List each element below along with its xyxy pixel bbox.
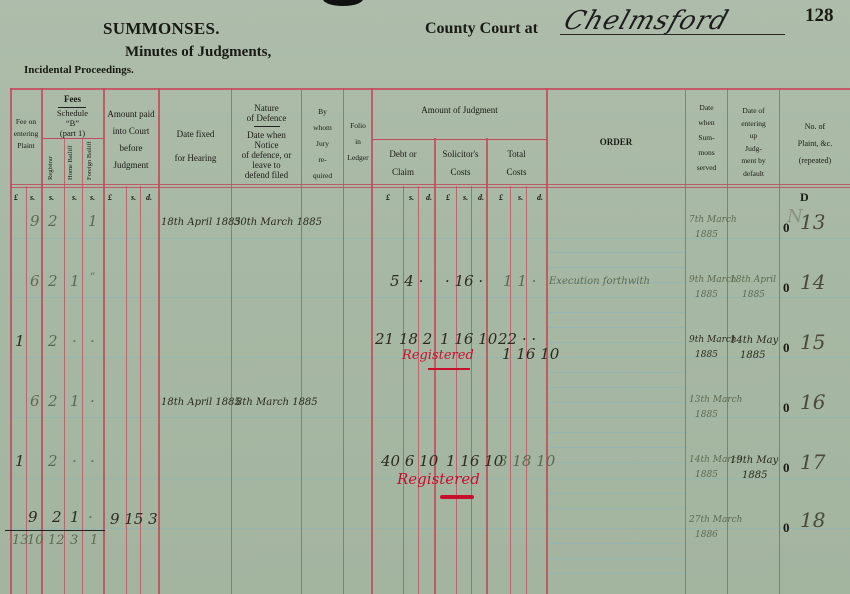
ruled-line bbox=[548, 312, 685, 313]
unit-label: s. bbox=[518, 193, 523, 202]
fee-value: 6 bbox=[30, 272, 40, 290]
amount-paid: 9 15 3 bbox=[110, 510, 158, 528]
default-date: 19th May bbox=[730, 455, 778, 466]
ruled-line bbox=[548, 327, 685, 328]
notice-date: 30th March 1885 bbox=[234, 217, 322, 228]
default-date: 18th April bbox=[730, 275, 776, 285]
debt-amount: 5 4 · bbox=[390, 272, 423, 290]
fee-value: 1 bbox=[15, 452, 25, 470]
total-costs: 1 1 · bbox=[503, 272, 536, 290]
unit-label: s. bbox=[131, 193, 136, 202]
ruled-line bbox=[548, 447, 685, 448]
header-foreign-bailiff: Foreign Bailiff bbox=[86, 141, 93, 180]
column-rule bbox=[126, 186, 127, 594]
ruled-line bbox=[548, 252, 685, 253]
ruled-line bbox=[10, 238, 850, 239]
ink-blot bbox=[323, 0, 363, 6]
ruled-line bbox=[548, 432, 685, 433]
header-amount-judgment: Amount of Judgment bbox=[372, 104, 547, 116]
solicitor-costs: · 16 · bbox=[445, 272, 483, 290]
column-rule bbox=[471, 186, 472, 594]
header-date-default: Date ofenteringupJudg-ment bydefault bbox=[728, 105, 779, 180]
header-date-served: DatewhenSum-monsserved bbox=[686, 100, 727, 175]
registered-underline bbox=[440, 495, 474, 499]
judgment-subdivider bbox=[373, 139, 547, 140]
header-fees: Fees bbox=[42, 93, 103, 105]
registered-stamp: Registered bbox=[402, 348, 474, 363]
served-date: 7th March bbox=[689, 215, 737, 225]
column-rule bbox=[456, 186, 457, 594]
ruled-line bbox=[10, 417, 850, 418]
unit-label: d. bbox=[426, 193, 432, 202]
solicitor-costs: 1 16 10 bbox=[446, 452, 503, 470]
unit-label: £ bbox=[14, 193, 18, 202]
zero-mark: 0 bbox=[783, 460, 790, 476]
column-rule bbox=[10, 88, 12, 594]
header-debt: Debt orClaim bbox=[372, 145, 434, 181]
zero-mark: 0 bbox=[783, 520, 790, 536]
registrar-fee: 2 bbox=[52, 508, 62, 526]
foreign-bailiff-fee: 1 bbox=[88, 212, 98, 230]
ruled-line bbox=[548, 558, 685, 559]
ruled-line bbox=[548, 493, 685, 494]
header-date-notice: Date whenNoticeof defence, orleave todef… bbox=[232, 130, 301, 180]
header-schedule: Schedule“B”(part 1) bbox=[42, 108, 103, 138]
foreign-bailiff-fee: · bbox=[88, 508, 93, 526]
unit-label: s. bbox=[409, 193, 414, 202]
header-nature-defence: Natureof Defence bbox=[232, 103, 301, 123]
ruled-line bbox=[10, 528, 850, 529]
home-bailiff-fee: 1 bbox=[70, 272, 80, 290]
header-solicitor: Solicitor'sCosts bbox=[435, 145, 486, 181]
debt-amount: 21 18 2 bbox=[375, 330, 432, 348]
default-year: 1885 bbox=[742, 290, 765, 300]
column-rule bbox=[64, 138, 65, 594]
plaint-number: 13 bbox=[800, 210, 825, 234]
header-amount-paid: Amount paidinto CourtbeforeJudgment bbox=[104, 106, 158, 174]
unit-label: £ bbox=[446, 193, 450, 202]
foreign-bailiff-fee: ” bbox=[90, 272, 95, 283]
home-bailiff-fee: 1 bbox=[70, 392, 80, 410]
column-rule bbox=[486, 138, 488, 594]
column-rule bbox=[418, 186, 419, 594]
total-value: 1 bbox=[90, 533, 98, 548]
section-label: Incidental Proceedings. bbox=[24, 64, 134, 76]
served-year: 1885 bbox=[695, 350, 718, 360]
foreign-bailiff-fee: · bbox=[90, 332, 95, 350]
served-year: 1885 bbox=[695, 290, 718, 300]
header-total: TotalCosts bbox=[487, 145, 546, 181]
ruled-line bbox=[548, 462, 685, 463]
registrar-fee: 2 bbox=[48, 392, 58, 410]
unit-label: s. bbox=[30, 193, 35, 202]
column-rule bbox=[41, 88, 43, 594]
registrar-fee: 2 bbox=[48, 452, 58, 470]
header-home-bailiff: Home Bailiff bbox=[67, 146, 74, 180]
header-bottom-rule-2 bbox=[10, 187, 850, 188]
column-rule bbox=[510, 186, 511, 594]
ruled-line bbox=[548, 387, 685, 388]
served-year: 1885 bbox=[695, 470, 718, 480]
court-name: Chelmsford bbox=[560, 6, 732, 36]
page-subtitle: Minutes of Judgments, bbox=[125, 44, 271, 61]
column-rule bbox=[403, 186, 404, 594]
served-year: 1886 bbox=[695, 530, 718, 540]
header-folio: FolioinLedger bbox=[344, 118, 372, 166]
foreign-bailiff-fee: · bbox=[90, 392, 95, 410]
column-rule bbox=[140, 186, 141, 594]
hearing-date: 18th April 1885 bbox=[161, 217, 241, 228]
home-bailiff-fee: · bbox=[72, 332, 77, 350]
registrar-fee: 2 bbox=[48, 272, 58, 290]
unit-label: s. bbox=[49, 193, 54, 202]
page-number: 128 bbox=[805, 5, 834, 27]
default-year: 1885 bbox=[740, 350, 765, 361]
plaint-number: 14 bbox=[800, 270, 825, 294]
header-bottom-rule bbox=[10, 184, 850, 185]
unit-label: £ bbox=[386, 193, 390, 202]
header-date-fixed: Date fixedfor Hearing bbox=[160, 122, 231, 170]
served-year: 1885 bbox=[695, 230, 718, 240]
ruled-line bbox=[548, 573, 685, 574]
fees-subdivider bbox=[43, 138, 103, 139]
home-bailiff-fee: 1 bbox=[70, 508, 80, 526]
ruled-line bbox=[548, 342, 685, 343]
total-costs-line-2: 1 16 10 bbox=[502, 345, 559, 363]
header-plaint-no: No. ofPlaint, &c.(repeated) bbox=[780, 118, 850, 169]
order-text: Execution forthwith bbox=[549, 276, 650, 287]
registrar-fee: 2 bbox=[48, 212, 58, 230]
unit-label: d. bbox=[537, 193, 543, 202]
unit-label: £ bbox=[108, 193, 112, 202]
plaint-number: 15 bbox=[800, 330, 825, 354]
zero-mark: 0 bbox=[783, 400, 790, 416]
unit-label: £ bbox=[499, 193, 503, 202]
unit-label: d. bbox=[146, 193, 152, 202]
column-rule bbox=[434, 138, 436, 594]
total-value: 3 bbox=[70, 533, 78, 548]
plaint-marker: D bbox=[800, 190, 809, 205]
zero-mark: 0 bbox=[783, 340, 790, 356]
total-costs: 3 18 10 bbox=[498, 452, 555, 470]
plaint-number: 17 bbox=[800, 450, 825, 474]
registrar-fee: 2 bbox=[48, 332, 58, 350]
column-rule bbox=[82, 138, 83, 594]
total-value: 12 bbox=[48, 533, 65, 548]
fee-value: 9 bbox=[30, 212, 40, 230]
debt-amount: 40 6 10 bbox=[381, 452, 438, 470]
notice-date: 8th March 1885 bbox=[236, 397, 318, 408]
served-year: 1885 bbox=[695, 410, 718, 420]
home-bailiff-fee: · bbox=[72, 452, 77, 470]
served-date: 13th March bbox=[689, 395, 742, 405]
header-registrar: Registrar bbox=[47, 156, 54, 180]
registered-underline bbox=[428, 368, 470, 370]
hearing-date: 18th April 1885 bbox=[161, 397, 241, 408]
solicitor-costs: 1 16 10 bbox=[440, 330, 497, 348]
ruled-line bbox=[10, 297, 850, 298]
column-rule bbox=[546, 88, 548, 594]
plaint-number: 18 bbox=[800, 508, 825, 532]
ruled-line bbox=[548, 372, 685, 373]
column-rule bbox=[526, 186, 527, 594]
ruled-line bbox=[548, 402, 685, 403]
unit-label: d. bbox=[478, 193, 484, 202]
ruled-line bbox=[548, 508, 685, 509]
unit-label: s. bbox=[463, 193, 468, 202]
served-date: 27th March bbox=[689, 515, 742, 525]
header-jury: BywhomJuryre-quired bbox=[302, 104, 343, 184]
total-underline bbox=[5, 530, 105, 531]
header-order: ORDER bbox=[547, 136, 685, 148]
default-year: 1885 bbox=[742, 470, 767, 481]
fee-value: 9 bbox=[28, 508, 38, 526]
page-title: SUMMONSES. bbox=[103, 19, 220, 39]
zero-mark: 0 bbox=[783, 280, 790, 296]
ruled-line bbox=[548, 543, 685, 544]
ruled-line bbox=[548, 267, 685, 268]
fee-value: 1 bbox=[15, 332, 25, 350]
foreign-bailiff-fee: · bbox=[90, 452, 95, 470]
unit-label: s. bbox=[72, 193, 77, 202]
court-label: County Court at bbox=[425, 20, 538, 38]
fee-value: 6 bbox=[30, 392, 40, 410]
registered-stamp: Registered bbox=[397, 470, 480, 488]
defence-underline bbox=[254, 126, 280, 127]
default-date: 14th May bbox=[730, 335, 778, 346]
header-top-rule bbox=[10, 88, 850, 90]
total-value: 10 bbox=[27, 533, 44, 548]
unit-label: s. bbox=[90, 193, 95, 202]
header-fee-entering: Fee onenteringPlaint bbox=[11, 116, 41, 152]
plaint-number: 16 bbox=[800, 390, 825, 414]
